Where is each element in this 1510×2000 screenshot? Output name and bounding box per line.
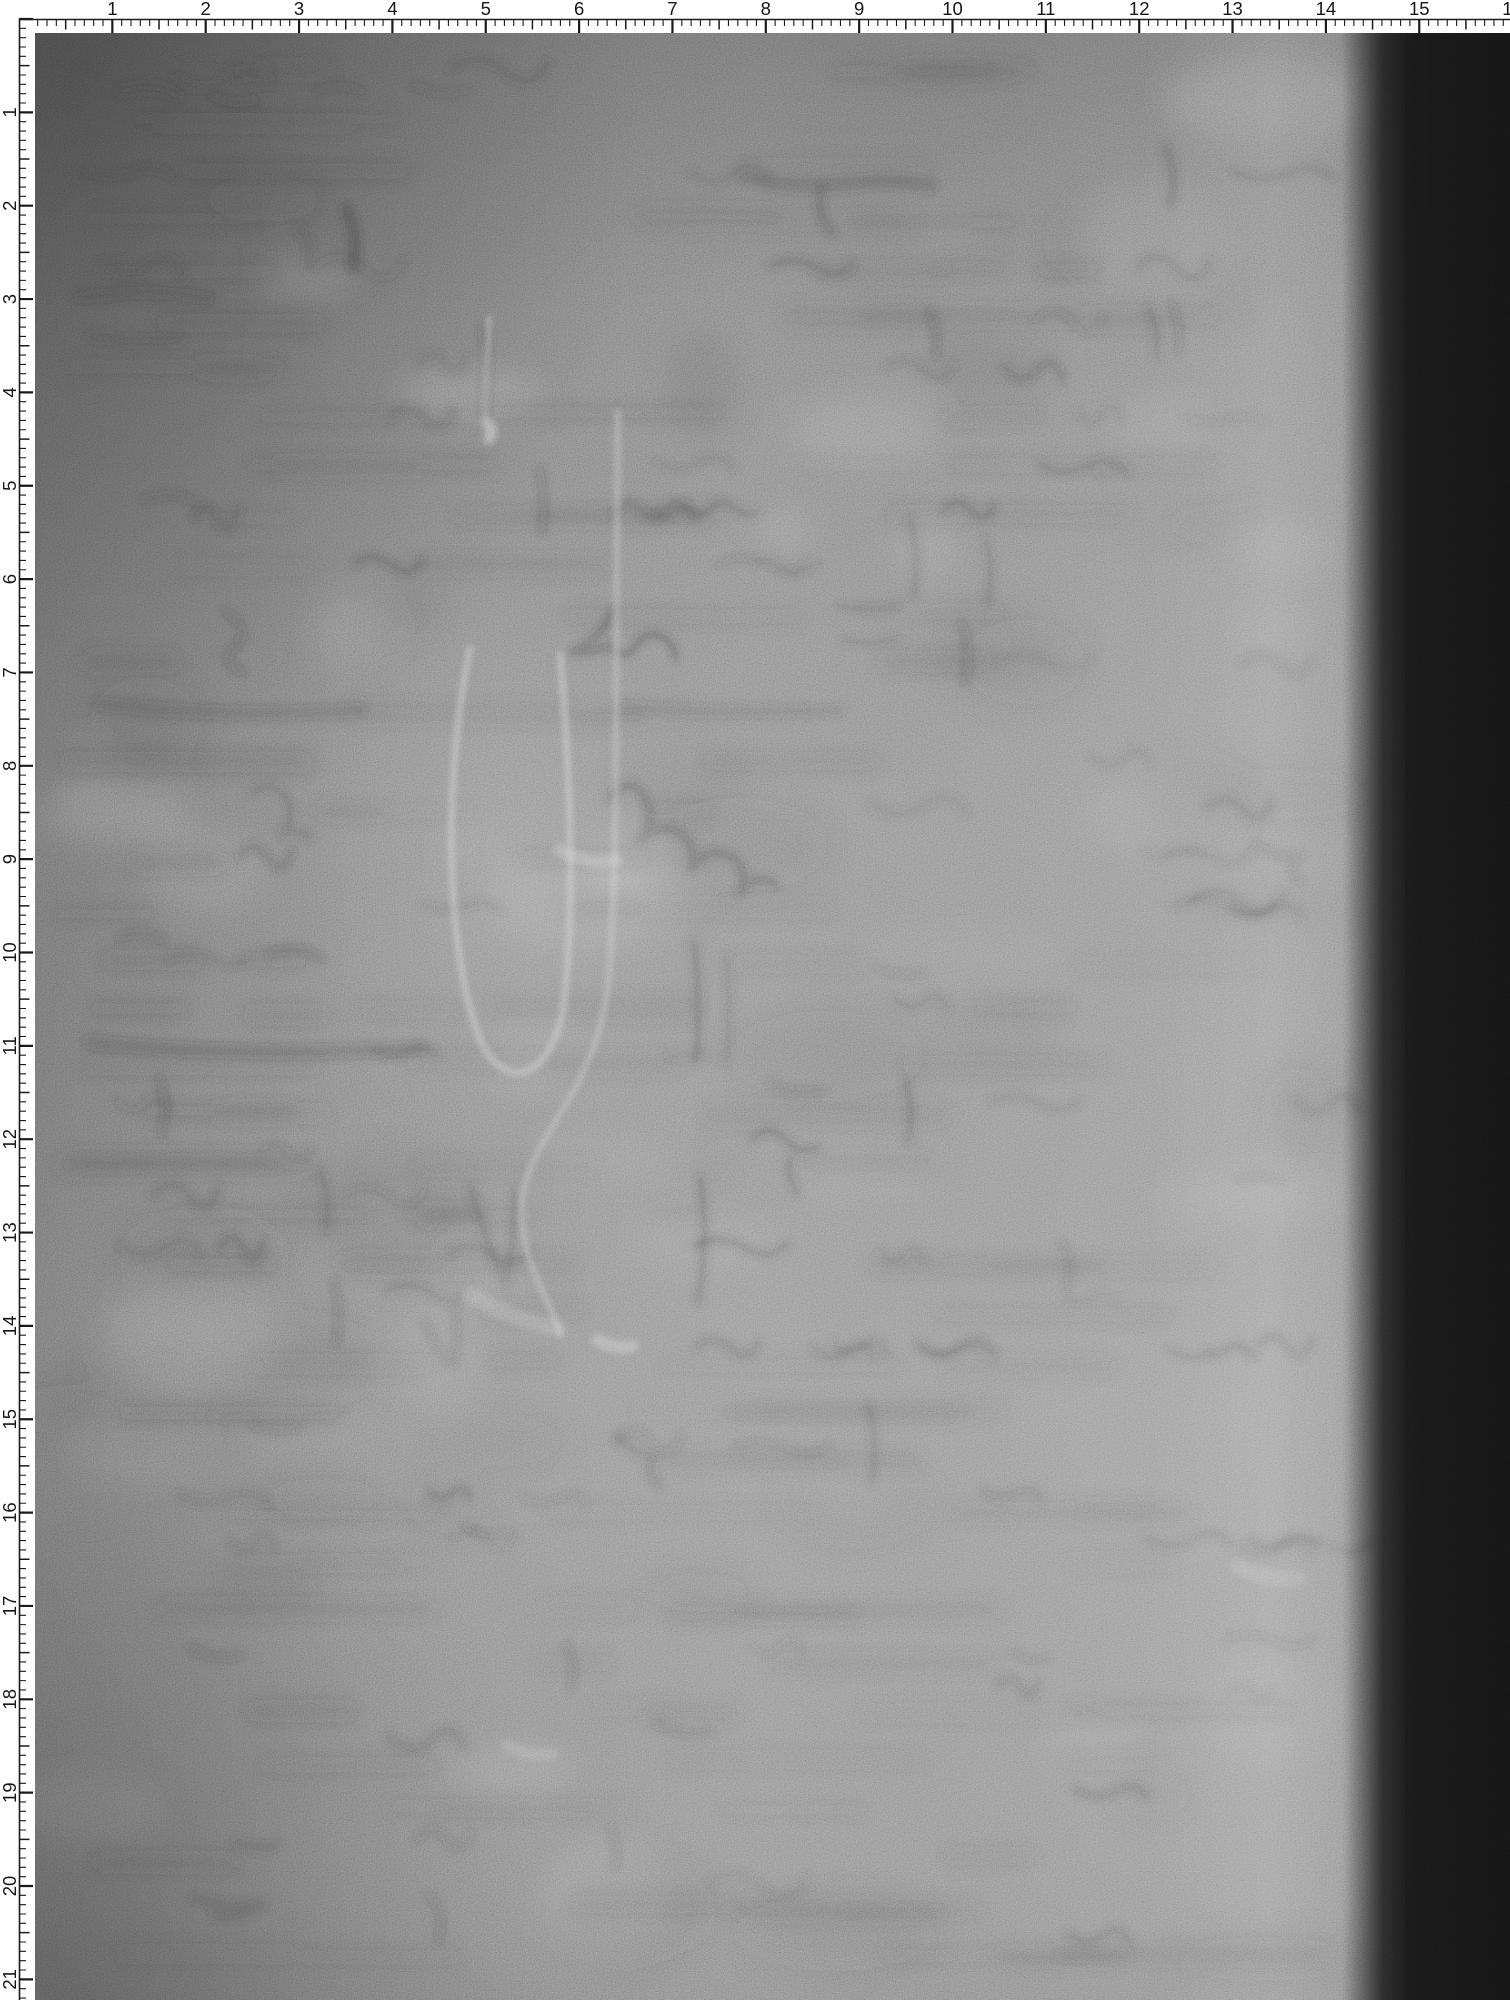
ruler-number: 2	[201, 0, 211, 19]
ruler-number: 20	[0, 1876, 20, 1897]
ruler-number: 16	[0, 1502, 20, 1523]
ruler-number: 1	[0, 107, 20, 117]
ruler-number: 8	[761, 0, 771, 19]
ruler-number: 15	[1409, 0, 1430, 19]
ruler-number: 1	[107, 0, 117, 19]
ruler-number: 12	[1129, 0, 1150, 19]
ruler-number: 16	[1502, 0, 1510, 19]
ruler-number: 5	[0, 481, 20, 491]
ruler-number: 6	[574, 0, 584, 19]
ruler-number: 9	[854, 0, 864, 19]
ruler-number: 12	[0, 1129, 20, 1150]
ruler-number: 14	[0, 1316, 20, 1337]
ruler-number: 10	[942, 0, 963, 19]
scan-stage: 012345678910111213141516 123456789101112…	[0, 0, 1510, 2000]
ruler-number: 14	[1316, 0, 1337, 19]
ruler-number: 8	[0, 761, 20, 771]
top-ruler-background	[0, 0, 1510, 33]
ruler-number: 4	[387, 0, 397, 19]
ruler-number: 15	[0, 1409, 20, 1430]
left-ruler: 123456789101112131415161718192021	[0, 0, 35, 2000]
ruler-number: 4	[0, 387, 20, 397]
ruler-number: 5	[481, 0, 491, 19]
ruler-number: 11	[0, 1036, 20, 1055]
ruler-number: 11	[1036, 0, 1055, 19]
scan-svg: 012345678910111213141516 123456789101112…	[0, 0, 1510, 2000]
ruler-number: 9	[0, 854, 20, 864]
ruler-number: 19	[0, 1782, 20, 1803]
film-grain-speckle	[35, 33, 1510, 2000]
ruler-number: 2	[0, 201, 20, 211]
ruler-number: 3	[294, 0, 304, 19]
ruler-number: 13	[0, 1222, 20, 1243]
top-ruler: 012345678910111213141516	[0, 0, 1510, 33]
ruler-number: 18	[0, 1689, 20, 1710]
ruler-number: 10	[0, 942, 20, 963]
ruler-number: 6	[0, 574, 20, 584]
ruler-number: 3	[0, 294, 20, 304]
ruler-number: 21	[0, 1969, 20, 1990]
ruler-number: 7	[667, 0, 677, 19]
ruler-number: 7	[0, 667, 20, 677]
left-ruler-half-ticks	[19, 66, 30, 1933]
ruler-number: 13	[1222, 0, 1243, 19]
ruler-number: 17	[0, 1596, 20, 1617]
